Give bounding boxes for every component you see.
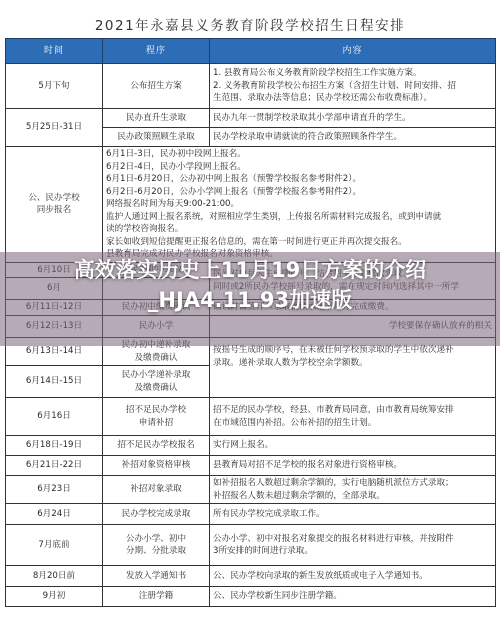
cell-content: 所有民办学校完成录取工作。 [210,504,496,525]
table-row: 公、民办学校 同步报名 6月1日-3日，民办初中段网上报名。 6月2日-4日，民… [6,147,496,263]
cell-content: 公、民办学校向录取的新生发放纸质或电子入学通知书。 [210,566,496,587]
table-row: 6月23日 补招对象录取 如补招报名人数超过剩余学额的，实行电脑随机派位方式录取… [6,476,496,504]
cell-content: 县教育局对招不足学校的报名对象进行资格审核。 [210,456,496,476]
table-row: 5月下旬 公布招生方案 1. 县教育局公布义务教育阶段学校招生工作实施方案。 2… [6,64,496,109]
cell-time: 7月底前 [6,525,103,566]
cell-procedure: 民办学校完成录取 [103,504,210,525]
cell-procedure: 补招对象录取 [103,476,210,504]
cell-time: 9月初 [6,587,103,607]
column-header-content: 内容 [210,39,496,64]
cell-content: 民办学校录取申请就读的符合政策照顾条件学生。 [210,128,496,147]
cell-content: 招不足的民办学校，经县、市教育局同意，由市教育局统筹安排 在市域范围内补招。公布… [210,398,496,436]
cell-procedure: 公办小学、初中 分期、分批录取 [103,525,210,566]
table-row: 6月18日-19日 招不足民办学校报名 实行网上报名。 [6,436,496,456]
overlay-title: 高效落实历史上11月19日方案的介绍 _HJA4.11.93加速版 [0,255,500,315]
table-header-row: 时间 程序 内容 [6,39,496,64]
table-row: 6月21日-22日 补招对象资格审核 县教育局对招不足学校的报名对象进行资格审核… [6,456,496,476]
cell-content: 1. 县教育局公布义务教育阶段学校招生工作实施方案。 2. 义务教育阶段学校公布… [210,64,496,109]
cell-content: 6月1日-3日，民办初中段网上报名。 6月2日-4日，民办小学段网上报名。 6月… [103,147,496,263]
cell-content: 民办九年一贯制学校录取其小学部申请直升的学生。 [210,109,496,128]
cell-content: 公办小学、初中对报名对象提交的报名材料进行审核，并按附件 3所安排的时间进行录取… [210,525,496,566]
table-row: 8月20日前 发放入学通知书 公、民办学校向录取的新生发放纸质或电子入学通知书。 [6,566,496,587]
cell-procedure: 民办直升生录取 [103,109,210,128]
cell-time: 6月14日-15日 [6,366,103,398]
cell-procedure: 招不足民办学校 申请补招 [103,398,210,436]
cell-time: 6月24日 [6,504,103,525]
overlay-title-line2: _HJA4.11.93加速版 [0,285,500,315]
cell-procedure: 补招对象资格审核 [103,456,210,476]
cell-content: 公、民办学校新生同步注册学籍。 [210,587,496,607]
cell-time: 6月23日 [6,476,103,504]
table-row: 5月25日-31日 民办直升生录取 民办九年一贯制学校录取其小学部申请直升的学生… [6,109,496,128]
table-row: 6月24日 民办学校完成录取 所有民办学校完成录取工作。 [6,504,496,525]
overlay-title-line1: 高效落实历史上11月19日方案的介绍 [0,255,500,285]
column-header-time: 时间 [6,39,103,64]
cell-procedure: 招不足民办学校报名 [103,436,210,456]
cell-time: 5月25日-31日 [6,109,103,147]
cell-content: 按摇号生成的顺序号，在未被任何学校预录取的学生中依次递补 录取。递补录取人数为学… [210,338,496,398]
cell-content: 实行网上报名。 [210,436,496,456]
table-row: 6月16日 招不足民办学校 申请补招 招不足的民办学校，经县、市教育局同意，由市… [6,398,496,436]
cell-procedure: 民办小学递补录取 及缴费确认 [103,366,210,398]
cell-time: 公、民办学校 同步报名 [6,147,103,263]
cell-time: 6月16日 [6,398,103,436]
cell-time: 5月下旬 [6,64,103,109]
column-header-procedure: 程序 [103,39,210,64]
table-row: 7月底前 公办小学、初中 分期、分批录取 公办小学、初中对报名对象提交的报名材料… [6,525,496,566]
cell-content: 如补招报名人数超过剩余学额的，实行电脑随机派位方式录取； 补招报名人数未超过剩余… [210,476,496,504]
cell-time: 6月18日-19日 [6,436,103,456]
cell-procedure: 公布招生方案 [103,64,210,109]
cell-time: 8月20日前 [6,566,103,587]
table-row: 9月初 注册学籍 公、民办学校新生同步注册学籍。 [6,587,496,607]
document-title: 2021年永嘉县义务教育阶段学校招生日程安排 [0,14,500,34]
cell-time: 6月21日-22日 [6,456,103,476]
cell-procedure: 民办政策照顾生录取 [103,128,210,147]
cell-procedure: 发放入学通知书 [103,566,210,587]
cell-procedure: 注册学籍 [103,587,210,607]
